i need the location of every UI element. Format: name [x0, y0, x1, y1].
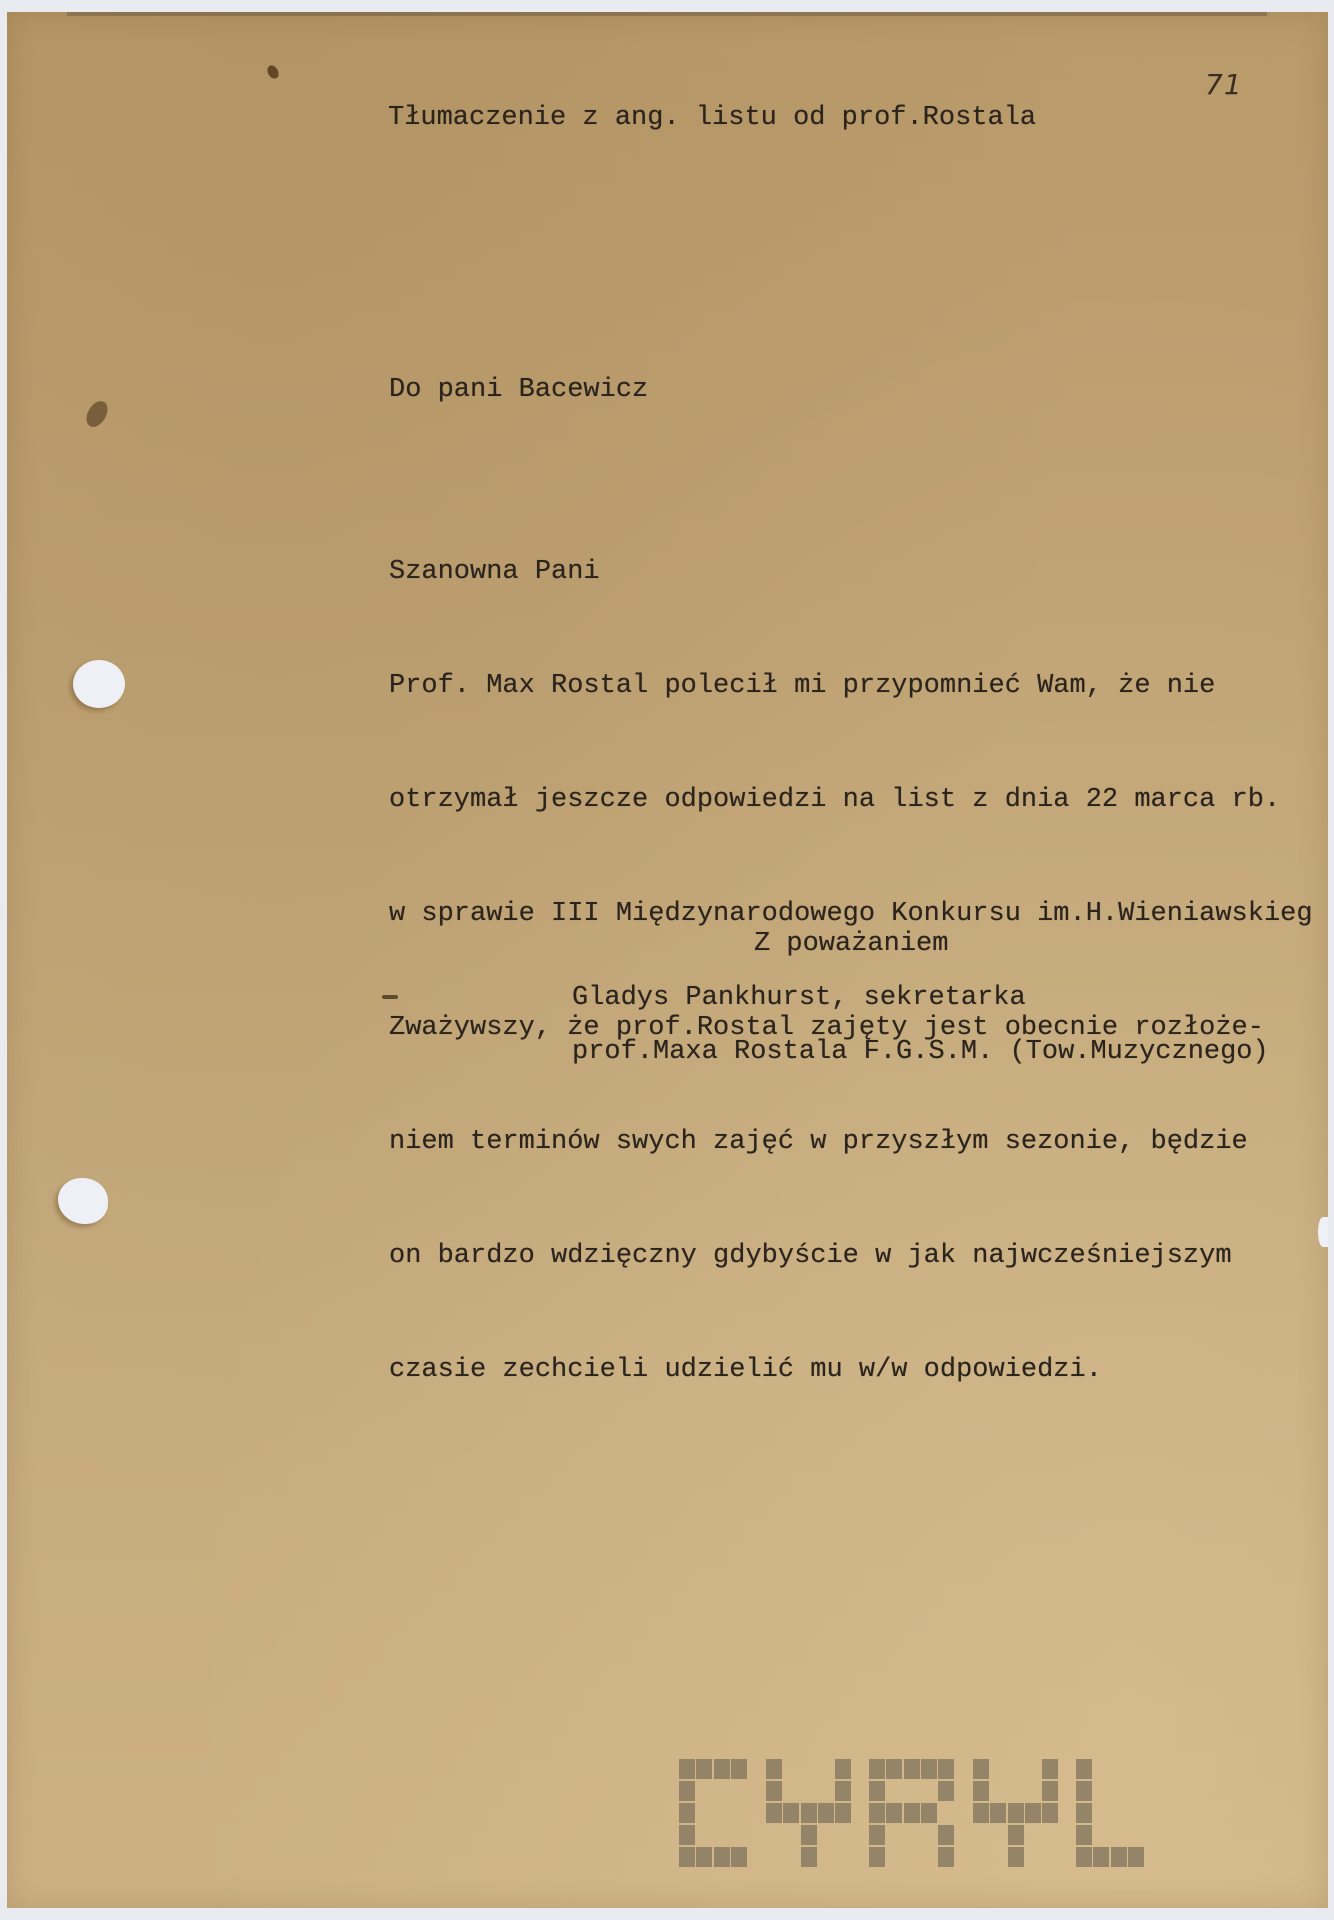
body-line: czasie zechcieli udzielić mu w/w odpowie… — [389, 1355, 1313, 1409]
watermark-block — [904, 1759, 920, 1779]
watermark-block — [1042, 1759, 1058, 1779]
watermark-block — [731, 1759, 747, 1779]
watermark-block — [938, 1825, 954, 1845]
watermark-block — [679, 1825, 695, 1845]
punch-hole — [73, 660, 125, 708]
watermark-block — [1076, 1825, 1092, 1845]
watermark-block — [1076, 1803, 1092, 1823]
watermark-block — [766, 1803, 782, 1823]
watermark-block — [1128, 1847, 1144, 1867]
watermark-block — [679, 1759, 695, 1779]
watermark-block — [938, 1847, 954, 1867]
watermark-block — [679, 1847, 695, 1867]
signature-name: Gladys Pankhurst, sekretarka — [572, 983, 1026, 1013]
watermark-block — [1008, 1803, 1024, 1823]
watermark-block — [679, 1803, 695, 1823]
folio-number: 71 — [1205, 68, 1243, 101]
watermark-block — [938, 1759, 954, 1779]
paper-tear — [1318, 1217, 1328, 1247]
watermark-block — [1008, 1825, 1024, 1845]
watermark-block — [1008, 1847, 1024, 1867]
watermark-block — [886, 1759, 902, 1779]
watermark-block — [886, 1803, 902, 1823]
watermark-block — [835, 1759, 851, 1779]
watermark-block — [1042, 1803, 1058, 1823]
body-line: Prof. Max Rostal polecił mi przypomnieć … — [389, 671, 1313, 725]
document-title: Tłumaczenie z ang. listu od prof.Rostala — [388, 103, 1036, 133]
watermark-block — [801, 1847, 817, 1867]
watermark-block — [835, 1781, 851, 1801]
punch-hole — [58, 1178, 108, 1224]
watermark-block — [1076, 1759, 1092, 1779]
watermark-block — [904, 1803, 920, 1823]
watermark-block — [1076, 1781, 1092, 1801]
watermark-block — [1025, 1803, 1041, 1823]
watermark-block — [696, 1759, 712, 1779]
paper-edge — [67, 12, 1267, 16]
watermark-block — [818, 1803, 834, 1823]
watermark-block — [1111, 1847, 1127, 1867]
watermark-block — [869, 1803, 885, 1823]
watermark-block — [869, 1759, 885, 1779]
watermark-block — [869, 1781, 885, 1801]
watermark-block — [731, 1847, 747, 1867]
watermark-block — [801, 1825, 817, 1845]
watermark-block — [973, 1781, 989, 1801]
watermark-block — [801, 1803, 817, 1823]
letter-body: Szanowna Pani Prof. Max Rostal polecił m… — [389, 497, 1313, 1439]
salutation: Szanowna Pani — [389, 557, 1313, 611]
watermark-block — [679, 1781, 695, 1801]
watermark-block — [1042, 1781, 1058, 1801]
watermark-block — [938, 1781, 954, 1801]
watermark-block — [783, 1803, 799, 1823]
watermark-block — [1076, 1847, 1092, 1867]
watermark-block — [714, 1759, 730, 1779]
body-line: otrzymał jeszcze odpowiedzi na list z dn… — [389, 785, 1313, 839]
watermark-block — [714, 1847, 730, 1867]
watermark-block — [1093, 1847, 1109, 1867]
watermark-block — [921, 1759, 937, 1779]
watermark-block — [921, 1803, 937, 1823]
watermark-block — [973, 1803, 989, 1823]
closing: Z poważaniem — [754, 929, 948, 959]
body-line: on bardzo wdzięczny gdybyście w jak najw… — [389, 1241, 1313, 1295]
watermark-block — [869, 1847, 885, 1867]
watermark-block — [973, 1759, 989, 1779]
watermark-block — [835, 1803, 851, 1823]
watermark-block — [869, 1825, 885, 1845]
watermark-block — [766, 1759, 782, 1779]
watermark-block — [990, 1803, 1006, 1823]
body-line: niem terminów swych zajęć w przyszłym se… — [389, 1127, 1313, 1181]
addressee: Do pani Bacewicz — [389, 375, 648, 405]
watermark-block — [766, 1781, 782, 1801]
signature-affiliation: prof.Maxa Rostala F.G.S.M. (Tow.Muzyczne… — [572, 1037, 1269, 1067]
watermark-block — [696, 1847, 712, 1867]
